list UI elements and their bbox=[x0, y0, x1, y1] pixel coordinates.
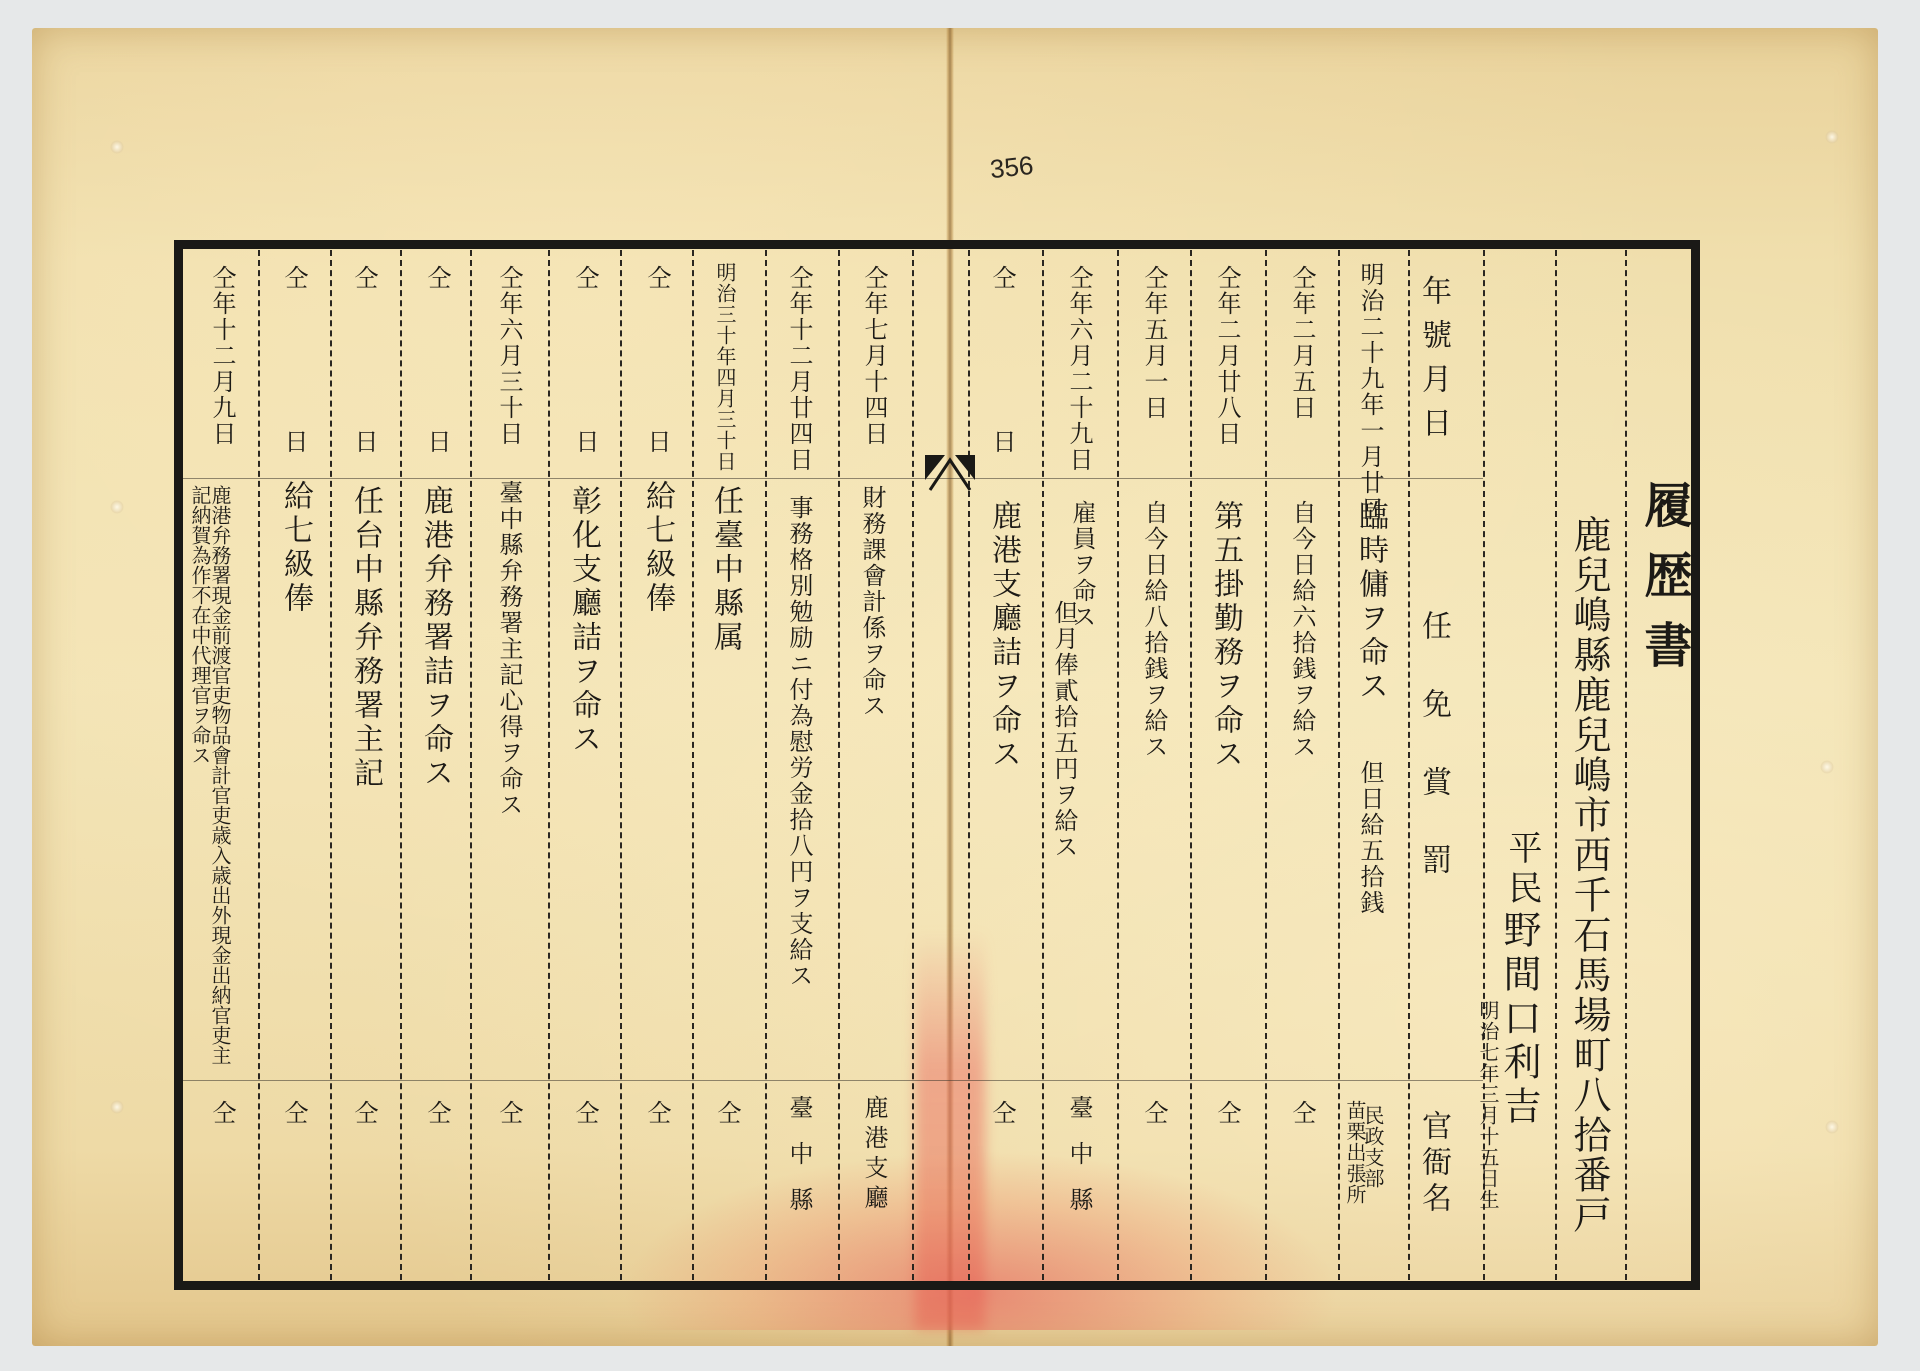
entry-date: 仝年七月十四日 bbox=[862, 265, 886, 447]
pinhole-mark bbox=[1825, 130, 1839, 144]
page-number: 356 bbox=[988, 150, 1034, 185]
pinhole-mark bbox=[110, 1100, 124, 1114]
entry-action: 任臺中縣属 bbox=[710, 485, 740, 655]
entry-office: 鹿港支廳 bbox=[862, 1095, 886, 1215]
office-note-2: 苗栗出張所 bbox=[1345, 1100, 1365, 1205]
entry-office: 仝 bbox=[715, 1100, 739, 1126]
entry-date: 仝年六月三十日 bbox=[497, 265, 521, 447]
column-divider bbox=[1265, 250, 1267, 1280]
column-divider bbox=[1625, 250, 1627, 1280]
column-divider bbox=[258, 250, 260, 1280]
birth-date: 明治七年三月十五日生 bbox=[1478, 1000, 1498, 1210]
entry-action: 給七級俸 bbox=[642, 480, 672, 616]
entry-office: 仝 bbox=[352, 1100, 376, 1126]
pinhole-mark bbox=[1825, 1120, 1839, 1134]
entry-action: 任台中縣弁務署主記 bbox=[350, 485, 380, 791]
entry-office: 仝 bbox=[425, 1100, 449, 1126]
document-frame bbox=[174, 240, 1700, 1290]
entry-date: 仝年十二月九日 bbox=[210, 265, 234, 447]
entry-office: 仝 bbox=[990, 1100, 1014, 1126]
header-date: 年號月日 bbox=[1418, 275, 1448, 451]
pinhole-mark bbox=[1820, 760, 1834, 774]
column-divider bbox=[470, 250, 472, 1280]
column-divider bbox=[765, 250, 767, 1280]
date-row-divider bbox=[183, 478, 1483, 479]
document-title: 履歴書 bbox=[1640, 480, 1688, 690]
applicant-name: 野間口利吉 bbox=[1500, 910, 1538, 1130]
entry-action: 鹿港弁務署現金前渡官吏物品會計官吏歳入歳出外現金出納官吏主記納賀為作不在中代理官… bbox=[190, 485, 230, 1065]
entry-date: 仝年二月廿八日 bbox=[1215, 265, 1239, 447]
entry-office: 仝 bbox=[645, 1100, 669, 1126]
entry-office: 臺中縣 bbox=[787, 1095, 811, 1233]
entry-office: 臺中縣 bbox=[1067, 1095, 1091, 1233]
column-divider bbox=[1338, 250, 1340, 1280]
fold-chevron-mark bbox=[925, 455, 975, 495]
entry-office: 仝 bbox=[497, 1100, 521, 1126]
column-divider bbox=[1042, 250, 1044, 1280]
column-divider bbox=[330, 250, 332, 1280]
entry-action: 第五掛勤務ヲ命ス bbox=[1210, 500, 1240, 772]
entry-office: 仝 bbox=[573, 1100, 597, 1126]
address: 鹿兒嶋縣鹿兒嶋市西千石馬場町八拾番戸 bbox=[1570, 515, 1608, 1235]
column-divider bbox=[400, 250, 402, 1280]
entry-note: 但月俸貳拾五円ヲ給ス bbox=[1052, 600, 1076, 860]
column-divider bbox=[912, 250, 914, 1280]
entry-action: 財務課會計係ヲ命ス bbox=[860, 485, 884, 719]
column-divider bbox=[1408, 250, 1410, 1280]
status: 平民 bbox=[1505, 830, 1539, 910]
column-divider bbox=[838, 250, 840, 1280]
office-row-divider bbox=[183, 1080, 1483, 1081]
column-divider bbox=[1190, 250, 1192, 1280]
entry-action: 自今日給八拾銭ヲ給ス bbox=[1142, 500, 1166, 760]
entry-date: 仝年五月一日 bbox=[1142, 265, 1166, 421]
entry-action: 彰化支廳詰ヲ命ス bbox=[568, 485, 598, 757]
entry-action: 鹿港弁務署詰ヲ命ス bbox=[420, 485, 450, 791]
pinhole-mark bbox=[110, 140, 124, 154]
entry-action: 臨時傭ヲ命ス bbox=[1355, 500, 1385, 704]
entry-action: 事務格別勉励ニ付為慰労金拾八円ヲ支給ス bbox=[787, 495, 811, 989]
entry-date: 明治三十年四月三十日 bbox=[715, 262, 735, 472]
entry-action: 自今日給六拾銭ヲ給ス bbox=[1290, 500, 1314, 760]
entry-date: 仝年二月五日 bbox=[1290, 265, 1314, 421]
column-divider bbox=[1117, 250, 1119, 1280]
entry-action: 臺中縣弁務署主記心得ヲ命ス bbox=[497, 480, 521, 818]
entry-office: 仝 bbox=[1142, 1100, 1166, 1126]
column-divider bbox=[968, 250, 970, 1280]
pinhole-mark bbox=[110, 500, 124, 514]
entry-date: 仝年十二月廿四日 bbox=[787, 265, 811, 473]
entry-action: 鹿港支廳詰ヲ命ス bbox=[988, 500, 1018, 772]
entry-action: 給七級俸 bbox=[280, 480, 310, 616]
column-divider bbox=[548, 250, 550, 1280]
header-office: 官衙名 bbox=[1418, 1110, 1448, 1218]
entry-office: 仝 bbox=[1290, 1100, 1314, 1126]
column-divider bbox=[692, 250, 694, 1280]
entry-date: 明治二十九年一月廿日 bbox=[1358, 262, 1382, 522]
entry-office: 仝 bbox=[282, 1100, 306, 1126]
entry-note: 但日給五拾銭 bbox=[1358, 760, 1382, 916]
header-action: 任免賞罰 bbox=[1418, 610, 1448, 922]
entry-office: 仝 bbox=[1215, 1100, 1239, 1126]
entry-date: 仝年六月二十九日 bbox=[1067, 265, 1091, 473]
column-divider bbox=[620, 250, 622, 1280]
column-divider bbox=[1555, 250, 1557, 1280]
entry-office: 仝 bbox=[210, 1100, 234, 1126]
